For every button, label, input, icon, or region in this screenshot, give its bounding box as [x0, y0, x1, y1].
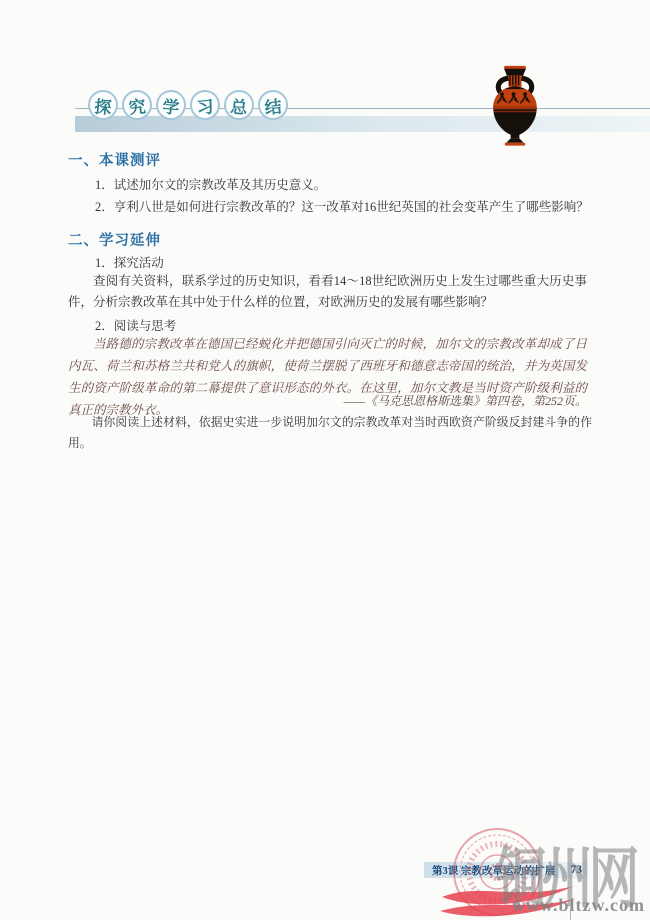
section-assessment-title: 一、本课测评	[68, 149, 161, 170]
citation: ——《马克思恩格斯选集》第四卷，第252页。	[68, 392, 587, 409]
header-badge: 习	[189, 89, 222, 122]
assessment-item-1: 1．试述加尔文的宗教改革及其历史意义。	[95, 175, 326, 196]
watermark-divider-line	[570, 879, 571, 920]
header-badge: 探	[87, 89, 120, 122]
header-badge: 究	[121, 89, 154, 122]
header-badge: 学	[155, 89, 188, 122]
header-badge-row: 探 究 学 习 总 结	[88, 90, 288, 120]
header-badge: 结	[257, 89, 290, 122]
textbook-page: 探 究 学 习 总 结	[0, 0, 650, 920]
watermark-site-url: www.bltzw.com	[512, 895, 645, 916]
section-extension-title: 二、学习延伸	[68, 229, 161, 250]
greek-amphora-icon	[486, 63, 544, 147]
activity-paragraph: 查阅有关资料，联系学过的历史知识，看看14～18世纪欧洲历史上发生过哪些重大历史…	[68, 271, 587, 313]
assessment-item-2: 2．亨利八世是如何进行宗教改革的？这一改革对16世纪英国的社会变革产生了哪些影响…	[95, 197, 589, 218]
reading-task: 请你阅读上述材料，依据史实进一步说明加尔文的宗教改革对当时西欧资产阶级反封建斗争…	[68, 412, 592, 454]
header-badge: 总	[223, 89, 256, 122]
